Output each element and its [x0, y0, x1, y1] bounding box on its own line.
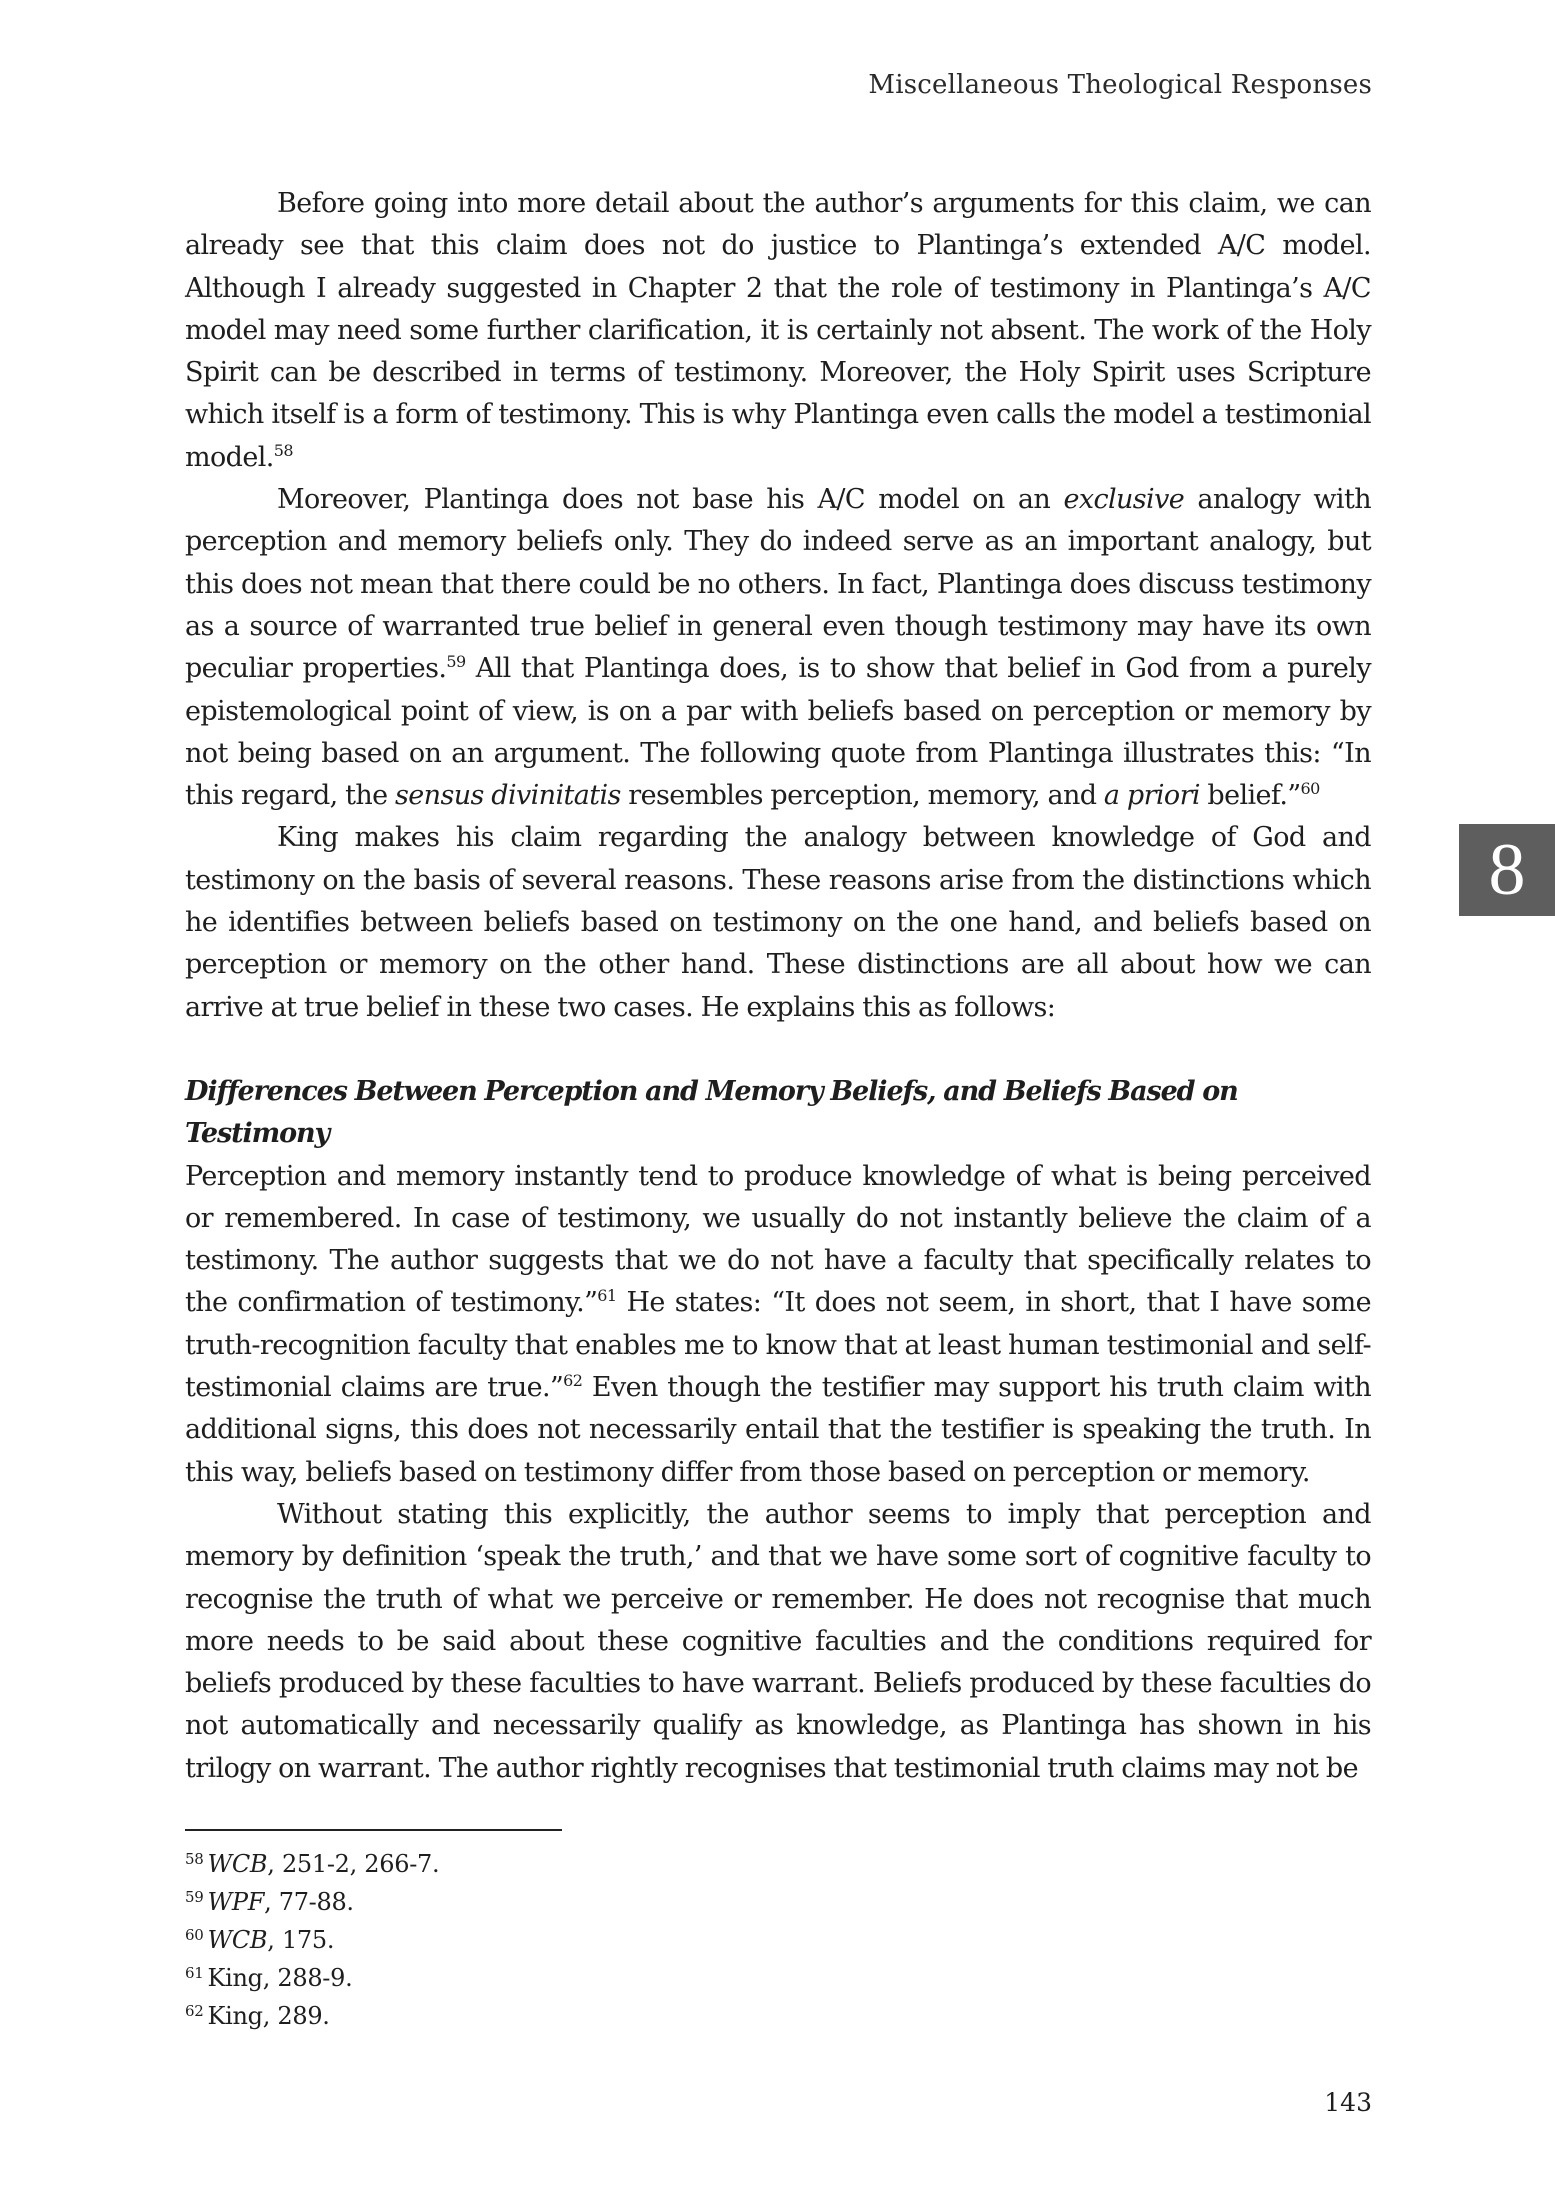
chapter-number: 8: [1489, 829, 1526, 911]
paragraph-2: Moreover, Plantinga does not base his A/…: [185, 479, 1371, 817]
footnotes: 58WCB, 251-2, 266-7. 59WPF, 77-88. 60WCB…: [185, 1843, 439, 2033]
footnote-58: 58WCB, 251-2, 266-7.: [185, 1843, 439, 1881]
footnote-ref[interactable]: 62: [563, 1371, 582, 1390]
footnote-60: 60WCB, 175.: [185, 1919, 439, 1957]
paragraph-4: Perception and memory instantly tend to …: [185, 1156, 1371, 1494]
body-text: Before going into more detail about the …: [185, 183, 1371, 1790]
footnote-61: 61King, 288-9.: [185, 1957, 439, 1995]
section-heading: Differences Between Perception and Memor…: [185, 1071, 1371, 1156]
chapter-tab: 8: [1459, 824, 1555, 916]
footnote-ref[interactable]: 59: [446, 652, 465, 671]
page-number: 143: [1324, 2088, 1372, 2117]
emphasis: a priori: [1104, 780, 1200, 811]
footnote-62: 62King, 289.: [185, 1995, 439, 2033]
footnote-59: 59WPF, 77-88.: [185, 1881, 439, 1919]
paragraph-3: King makes his claim regarding the analo…: [185, 817, 1371, 1028]
paragraph-5: Without stating this explicitly, the aut…: [185, 1494, 1371, 1790]
paragraph-1: Before going into more detail about the …: [185, 183, 1371, 479]
emphasis: exclusive: [1063, 484, 1184, 515]
footnote-ref[interactable]: 61: [597, 1286, 616, 1305]
footnote-divider: [185, 1829, 562, 1831]
running-head: Miscellaneous Theological Responses: [868, 70, 1372, 100]
footnote-ref[interactable]: 58: [274, 441, 293, 460]
emphasis: sensus divinitatis: [395, 780, 621, 811]
footnote-ref[interactable]: 60: [1301, 779, 1320, 798]
